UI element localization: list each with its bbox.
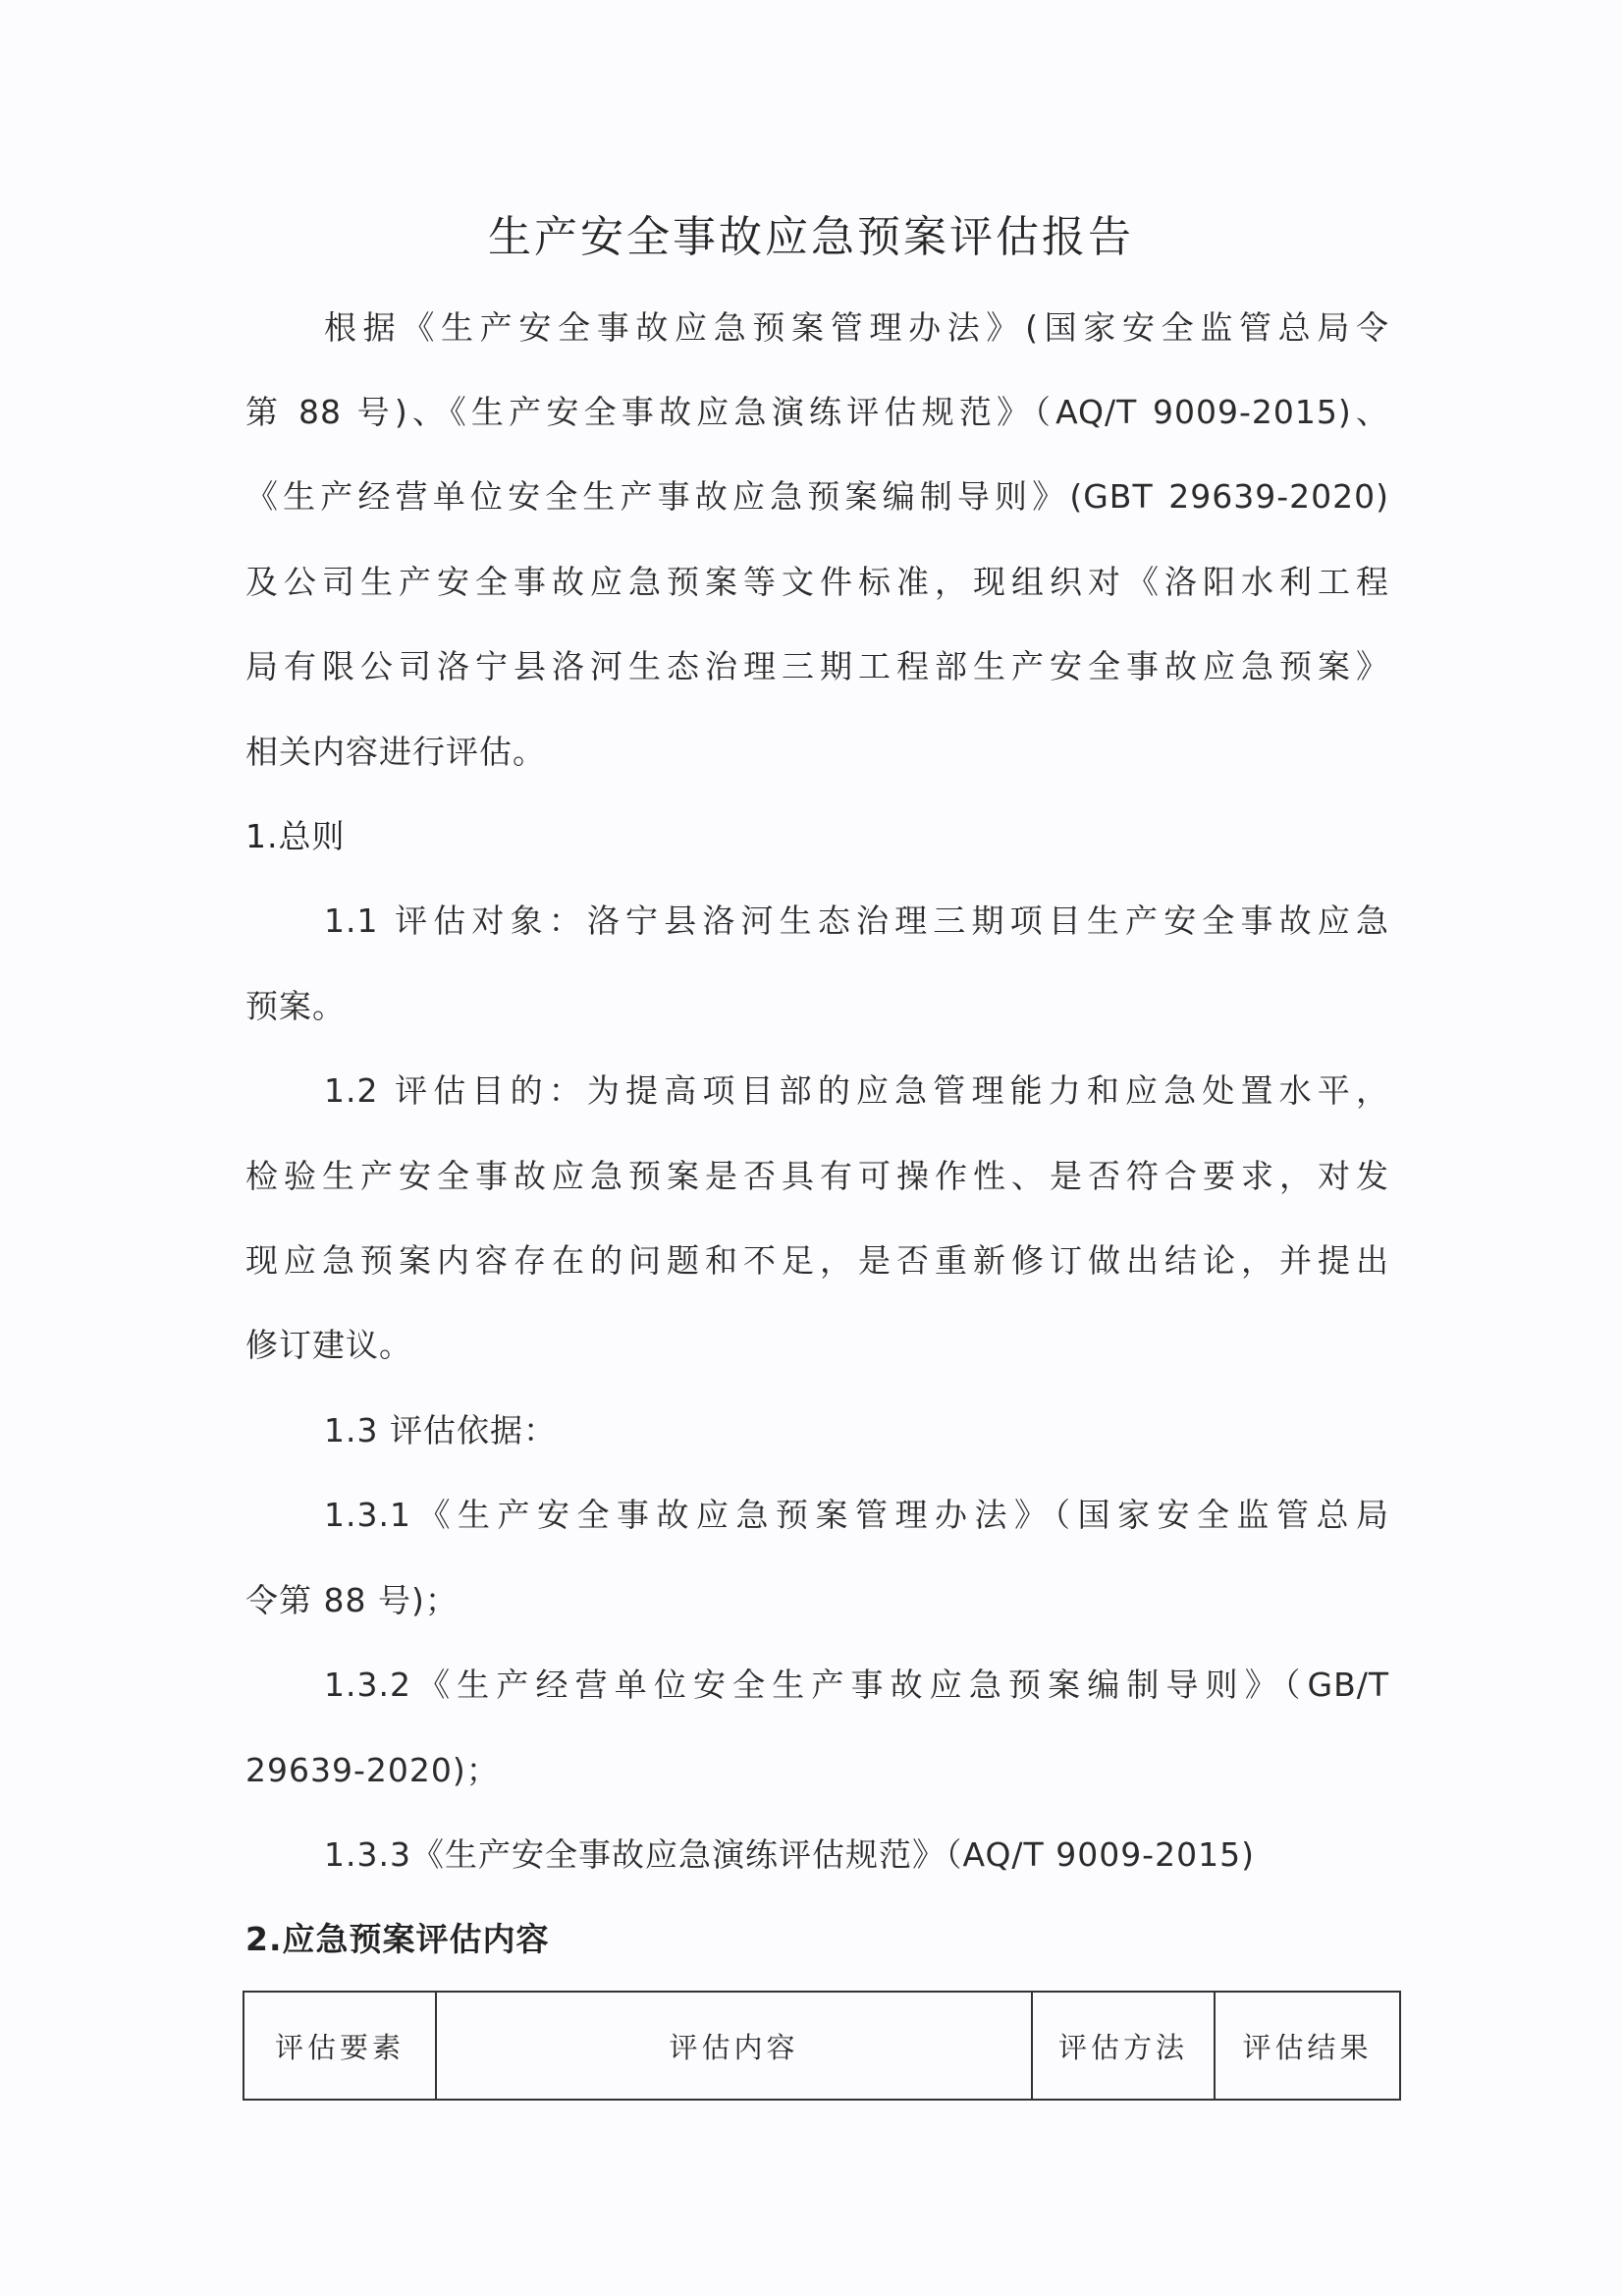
item-1-2-line-1: 1.2 评估目的：为提高项目部的应急管理能力和应急处置水平， — [324, 1069, 1389, 1113]
section-1-heading: 1.总则 — [245, 815, 1389, 858]
intro-line-4: 及公司生产安全事故应急预案等文件标准，现组织对《洛阳水利工程 — [245, 561, 1389, 604]
intro-line-6: 相关内容进行评估。 — [245, 731, 1389, 774]
intro-line-1: 根据《生产安全事故应急预案管理办法》(国家安全监管总局令 — [324, 306, 1389, 350]
evaluation-table: 评估要素 评估内容 评估方法 评估结果 — [243, 1991, 1401, 2101]
column-header-method: 评估方法 — [1032, 1992, 1215, 2100]
column-header-result: 评估结果 — [1215, 1992, 1400, 2100]
intro-line-5: 局有限公司洛宁县洛河生态治理三期工程部生产安全事故应急预案》 — [245, 645, 1389, 688]
intro-line-3: 《生产经营单位安全生产事故应急预案编制导则》(GBT 29639-2020) — [245, 475, 1389, 519]
column-header-content: 评估内容 — [436, 1992, 1032, 2100]
item-1-3-1-line-2: 令第 88 号)； — [245, 1579, 1389, 1622]
item-1-3-1-line-1: 1.3.1《生产安全事故应急预案管理办法》（国家安全监管总局 — [324, 1494, 1389, 1537]
document-page: 生产安全事故应急预案评估报告 根据《生产安全事故应急预案管理办法》(国家安全监管… — [0, 0, 1622, 2296]
section-2-heading: 2.应急预案评估内容 — [245, 1918, 1389, 1961]
item-1-3-heading: 1.3 评估依据： — [324, 1409, 1389, 1452]
item-1-2-line-2: 检验生产安全事故应急预案是否具有可操作性、是否符合要求，对发 — [245, 1155, 1389, 1198]
intro-line-2: 第 88 号)、《生产安全事故应急演练评估规范》（AQ/T 9009-2015)… — [245, 391, 1389, 434]
item-1-3-2-line-1: 1.3.2《生产经营单位安全生产事故应急预案编制导则》（GB/T — [324, 1664, 1389, 1707]
item-1-1-line-1: 1.1 评估对象：洛宁县洛河生态治理三期项目生产安全事故应急 — [324, 900, 1389, 943]
document-title: 生产安全事故应急预案评估报告 — [0, 208, 1622, 267]
item-1-2-line-3: 现应急预案内容存在的问题和不足，是否重新修订做出结论，并提出 — [245, 1239, 1389, 1283]
column-header-element: 评估要素 — [243, 1992, 436, 2100]
table-header-row: 评估要素 评估内容 评估方法 评估结果 — [243, 1992, 1400, 2100]
item-1-2-line-4: 修订建议。 — [245, 1324, 1389, 1367]
item-1-3-3-line-1: 1.3.3《生产安全事故应急演练评估规范》（AQ/T 9009-2015) — [324, 1833, 1389, 1877]
item-1-1-line-2: 预案。 — [245, 985, 1389, 1028]
item-1-3-2-line-2: 29639-2020)； — [245, 1749, 1389, 1792]
